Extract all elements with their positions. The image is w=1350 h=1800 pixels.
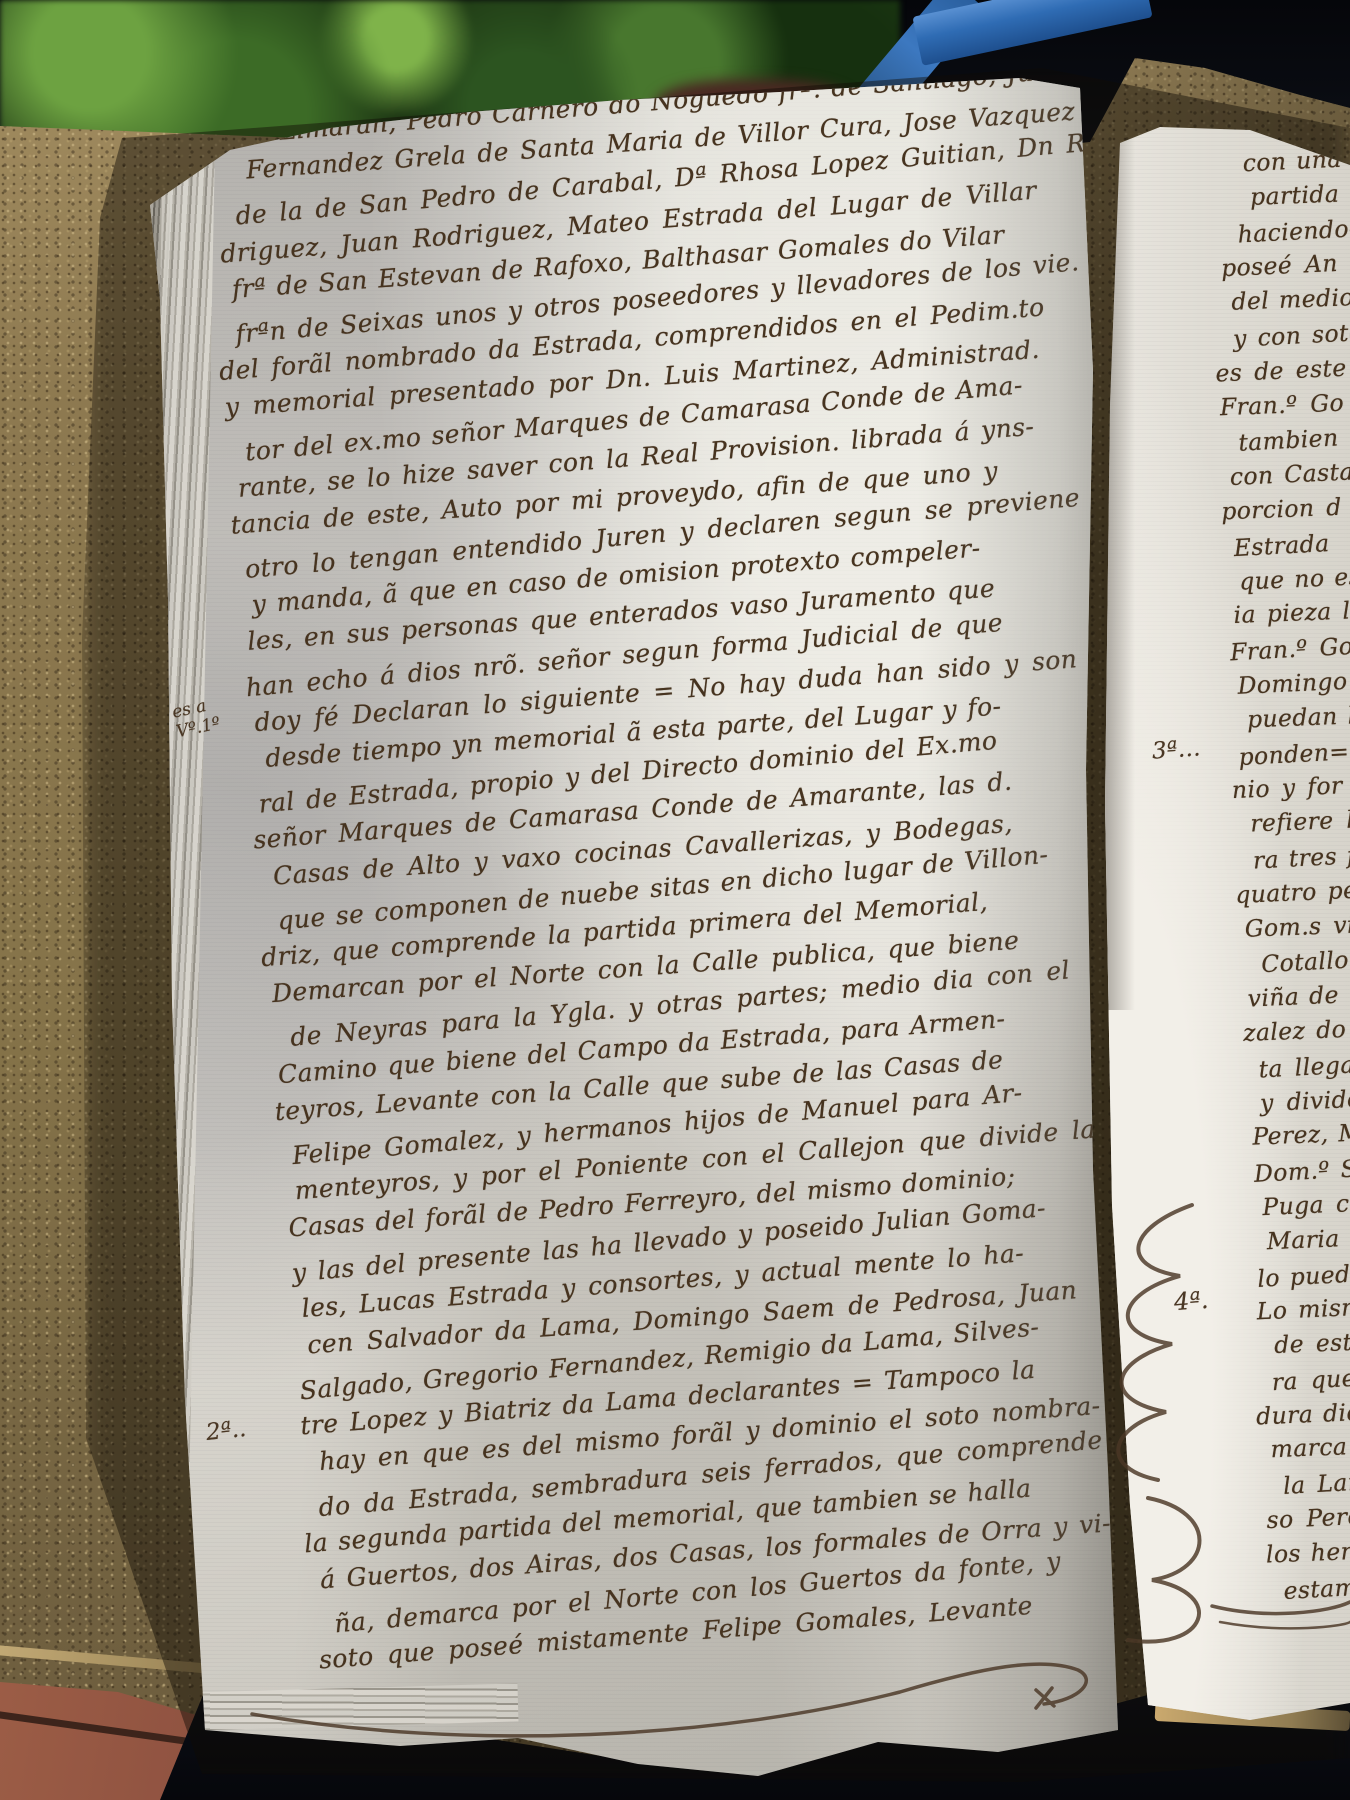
manuscript-line: cen Salvador da Lama, Domingo Saem de Pe… — [306, 1267, 1118, 1364]
margin-note-4: 4ª. — [1173, 1286, 1209, 1316]
manuscript-line: teyros, Levante con la Calle que sube de… — [273, 1033, 1100, 1131]
manuscript-line: Casas del forãl de Pedro Ferreyro, del m… — [287, 1150, 1109, 1248]
manuscript-line: hay en que es del mismo forãl y dominio … — [318, 1384, 1127, 1481]
manuscript-line: señor Marques de Camarasa Conde de Amara… — [252, 757, 1080, 860]
page-stack-edge — [188, 1683, 519, 1730]
manuscript-right-page: con una ppartidahaciendo—poseé Andel med… — [1100, 105, 1350, 1750]
manuscript-line: y las del presente las ha llevado y pose… — [290, 1183, 1111, 1293]
manuscript-line: driguez, Juan Rodriguez, Mateo Estrada d… — [219, 170, 1036, 273]
manuscript-line: Salgado, Gregorio Fernandez, Remigio da … — [298, 1300, 1120, 1410]
manuscript-line: la segunda partida del memorial, que tam… — [303, 1461, 1133, 1564]
right-page-text: con una ppartidahaciendo—poseé Andel med… — [1212, 134, 1350, 1607]
margin-note-1: es a Vº.1º — [170, 694, 222, 742]
manuscript-line: do da Estrada, sembradura seis ferrados,… — [317, 1418, 1129, 1527]
photo-scene: con una ppartidahaciendo—poseé Andel med… — [0, 0, 1350, 1800]
manuscript-line: ral de Estrada, propio y del Directo dom… — [257, 714, 1076, 824]
manuscript-line: tor del ex.mo señor Marques de Camarasa … — [244, 363, 1050, 471]
manuscript-line: del forãl nombrado da Estrada, comprendi… — [218, 288, 1045, 392]
manuscript-line: driz, que comprende la partida primera d… — [260, 874, 1089, 977]
manuscript-line: y manda, ã que en caso de omision protex… — [250, 522, 1062, 624]
manuscript-line: frª de San Estevan de Rafoxo, Balthasar … — [231, 212, 1039, 308]
manuscript-line: les, en sus personas que enterados vaso … — [246, 564, 1065, 661]
margin-note-3: 3ª… — [1151, 735, 1201, 764]
manuscript-line: soto que poseé mistamente Felipe Gomales… — [318, 1578, 1142, 1680]
manuscript-line: ña, demarca por el Norte con los Guertos… — [333, 1535, 1138, 1644]
manuscript-line: doy fé Declaran lo siguiente = No hay du… — [253, 640, 1071, 743]
manuscript-line: han echo á dios nrõ. señor segun forma J… — [244, 597, 1067, 707]
manuscript-line: Camino que biene del Campo da Estrada, p… — [277, 991, 1098, 1093]
manuscript-line: otro lo tengan entendido Juren y declare… — [243, 480, 1058, 589]
manuscript-line: de la de San Pedro de Carabal, Dª Rhosa … — [234, 128, 1032, 236]
manuscript-line: tancia de este, Auto por mi proveydo, af… — [229, 447, 1056, 545]
manuscript-line: de Neyras para la Ygla. y otras partes; … — [289, 949, 1094, 1058]
manuscript-line: Felipe Gomalez, y hermanos hijos de Manu… — [291, 1066, 1103, 1175]
manuscript-line: frªn de Seixas unos y otros poseedores y… — [234, 245, 1041, 354]
manuscript-line: les, Lucas Estrada y consortes, y actual… — [300, 1226, 1115, 1328]
left-page-text: de Limaran, Pedro Carnero do Noguedo frº… — [206, 55, 1141, 1680]
manuscript-left-page: de Limaran, Pedro Carnero do Noguedo frº… — [118, 70, 1118, 1782]
manuscript-line: desde tiempo yn memorial ã esta parte, d… — [264, 681, 1074, 778]
manuscript-line: rante, se lo hize saver con la Real Prov… — [236, 405, 1053, 508]
manuscript-line: y memorial presentado por Dn. Luis Marti… — [224, 330, 1048, 428]
margin-note-2: 2ª.. — [205, 1416, 248, 1446]
manuscript-line: Demarcan por el Norte con la Calle publi… — [271, 916, 1092, 1014]
manuscript-line: á Guertos, dos Airas, dos Casas, los for… — [319, 1502, 1136, 1600]
manuscript-line: menteyros, y por el Poniente con el Call… — [293, 1109, 1106, 1211]
manuscript-line: tre Lopez y Biatriz da Lama declarantes … — [299, 1343, 1124, 1445]
manuscript-line: que se componen de nuebe sitas en dicho … — [276, 831, 1085, 940]
manuscript-line: Casas de Alto y vaxo cocinas Cavalleriza… — [272, 798, 1083, 895]
